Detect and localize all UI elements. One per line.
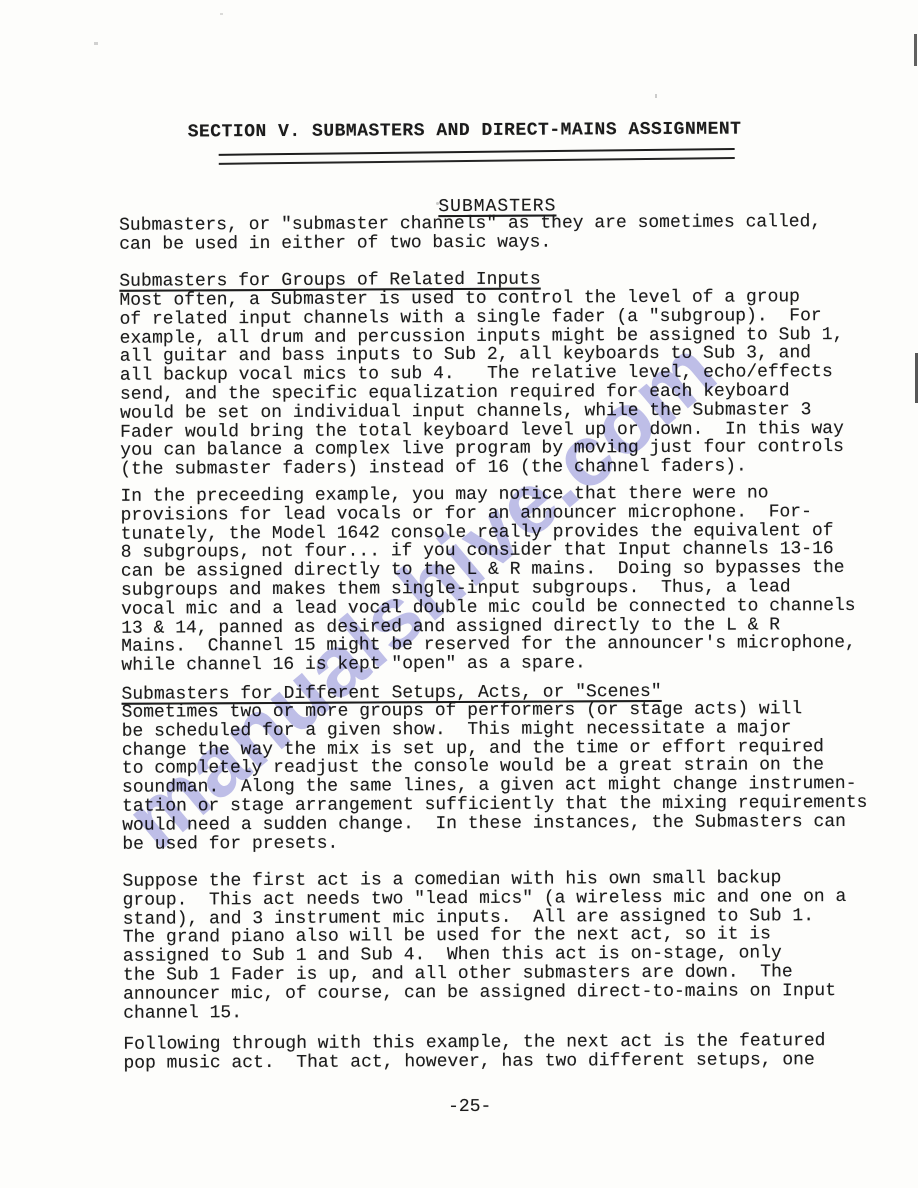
paragraph-presets: Sometimes two or more groups of performe… xyxy=(122,700,913,855)
paragraph-first-act-comedian: Suppose the first act is a comedian with… xyxy=(122,869,913,1024)
paragraph-next-act-pop-music: Following through with this example, the… xyxy=(123,1032,913,1074)
scan-speck xyxy=(436,202,439,205)
scan-speck xyxy=(655,94,657,98)
section-title: SECTION V. SUBMASTERS AND DIRECT-MAINS A… xyxy=(0,120,916,144)
paragraph-direct-to-mains: In the preceeding example, you may notic… xyxy=(120,484,911,676)
paragraph-subgroups-example: Most often, a Submaster is used to contr… xyxy=(119,288,910,480)
scan-content-layer: SECTION V. SUBMASTERS AND DIRECT-MAINS A… xyxy=(0,0,918,1188)
scanned-manual-page: SECTION V. SUBMASTERS AND DIRECT-MAINS A… xyxy=(0,0,918,1188)
scan-edge-artifact xyxy=(914,34,917,66)
page-number: -25- xyxy=(3,1096,918,1120)
scan-speck xyxy=(220,13,223,15)
title-double-rule xyxy=(219,148,735,165)
intro-paragraph: Submasters, or "submaster channels" as t… xyxy=(119,213,909,255)
scan-speck xyxy=(94,42,98,45)
